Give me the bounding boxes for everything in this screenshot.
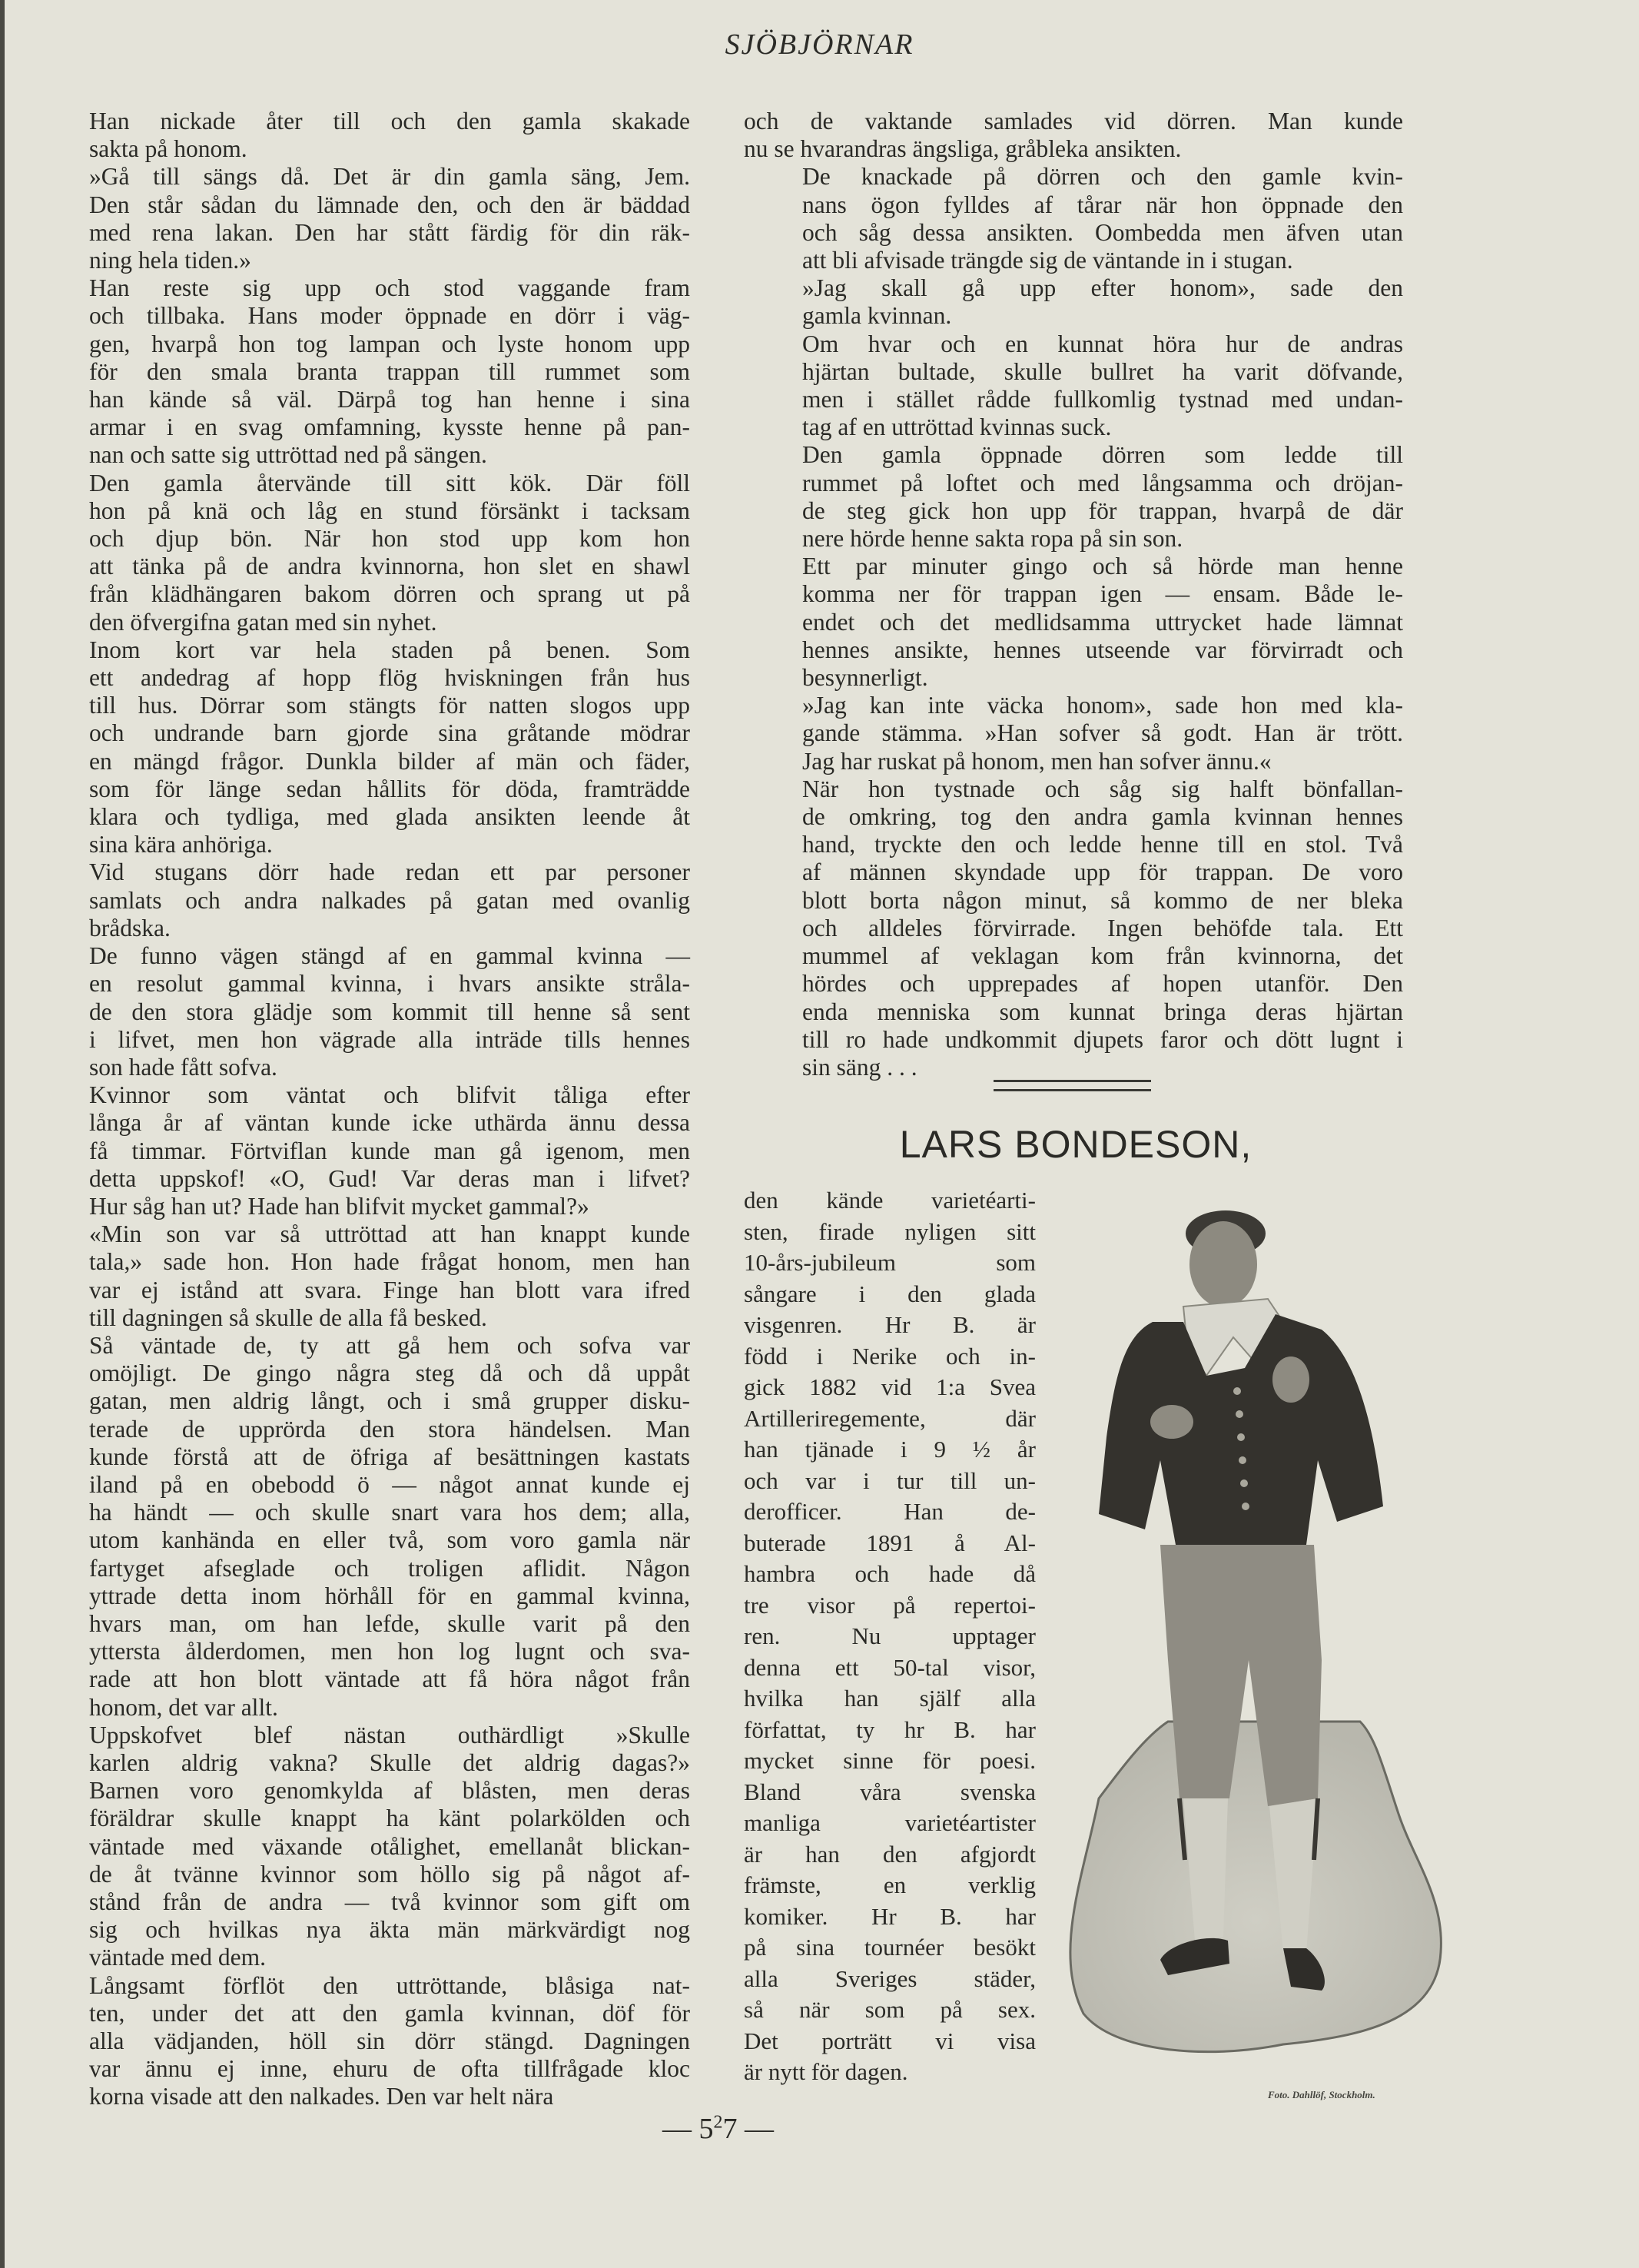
paragraph: Långsamt förflöt den uttröttande, blåsig… [31,1972,690,2111]
text-line: korna visade att den nalkades. Den var h… [31,2083,690,2110]
bio-line: sten, firade nyligen sitt [744,1217,1036,1248]
text-line: och såg dessa ansikten. Oombedda men äfv… [744,219,1403,247]
text-line: yttersta ålderdomen, men hon log lugnt o… [31,1638,690,1665]
text-line: Vid stugans dörr hade redan ett par pers… [31,858,690,886]
bio-line: och var i tur till un- [744,1466,1036,1497]
text-line: Hur såg han ut? Hade han blifvit mycket … [31,1193,690,1220]
text-line: och de vaktande samlades vid dörren. Man… [744,108,1403,135]
text-line: de omkring, tog den andra gamla kvinnan … [744,803,1403,831]
text-line: tala,» sade hon. Hon hade frågat honom, … [31,1248,690,1276]
text-line: sakta på honom. [31,135,690,163]
text-line: väntade med dem. [31,1944,690,1971]
bio-line: författat, ty hr B. har [744,1715,1036,1746]
text-line: Kvinnor som väntat och blifvit tåliga ef… [31,1081,690,1109]
text-line: honom, det var allt. [31,1694,690,1722]
bio-line: mycket sinne för poesi. [744,1745,1036,1777]
bio-line: visgenren. Hr B. är [744,1310,1036,1341]
bio-line: denna ett 50-tal visor, [744,1652,1036,1684]
portrait-figure-icon [1053,1184,1468,2075]
text-line: gande stämma. »Han sofver så godt. Han ä… [744,719,1403,747]
text-line: de åt tvänne kvinnor som höllo sig på nå… [31,1861,690,1888]
text-line: hand, tryckte den och ledde henne till e… [744,831,1403,858]
text-line: föräldrar skulle knappt ha känt polarköl… [31,1805,690,1832]
paragraph: De knackade på dörren och den gamle kvin… [744,163,1403,274]
bio-line: Det porträtt vi visa [744,2026,1036,2057]
text-line: och tillbaka. Hans moder öppnade en dörr… [31,302,690,330]
text-line: och undrande barn gjorde sina gråtande m… [31,719,690,747]
bio-line: tre visor på repertoi- [744,1590,1036,1622]
paragraph: Uppskofvet blef nästan outhärdligt »Skul… [31,1722,690,1972]
bio-line: på sina tournéer besökt [744,1932,1036,1964]
paragraph: Så väntade de, ty att gå hem och sofva v… [31,1332,690,1722]
text-line: och alldeles förvirrade. Ingen behöfde t… [744,915,1403,942]
running-head: SJÖBJÖRNAR [0,28,1639,61]
bio-line: född i Nerike och in- [744,1341,1036,1373]
bio-line: Bland våra svenska [744,1777,1036,1808]
text-line: Den gamla öppnade dörren som ledde till [744,441,1403,469]
bio-line: buterade 1891 å Al- [744,1528,1036,1559]
text-line: hvars man, om han lefde, skulle varit på… [31,1610,690,1638]
bio-line: ren. Nu upptager [744,1621,1036,1652]
bio-line: alla Sveriges städer, [744,1964,1036,1995]
photo-credit: Foto. Dahllöf, Stockholm. [1268,2089,1375,2101]
text-line: detta uppskof! «O, Gud! Var deras man i … [31,1165,690,1193]
section-divider-rule [994,1080,1151,1091]
text-line: «Min son var så uttröttad att han knappt… [31,1220,690,1248]
text-line: till ro hade undkommit djupets faror och… [744,1026,1403,1054]
text-line: Ett par minuter gingo och så hörde man h… [744,553,1403,580]
text-line: nu se hvarandras ängsliga, gråbleka ansi… [744,135,1403,163]
text-line: son hade fått sofva. [31,1054,690,1081]
text-line: Så väntade de, ty att gå hem och sofva v… [31,1332,690,1360]
page-edge [0,0,5,2268]
text-line: sina kära anhöriga. [31,831,690,858]
text-line: Den står sådan du lämnade den, och den ä… [31,191,690,219]
bio-line: manliga varietéartister [744,1808,1036,1839]
paragraph: Inom kort var hela staden på benen. Some… [31,636,690,859]
text-line: När hon tystnade och såg sig halft bönfa… [744,775,1403,803]
paragraph: »Jag skall gå upp efter honom», sade den… [744,274,1403,330]
portrait-photo [1053,1184,1468,2075]
text-line: »Jag kan inte väcka honom», sade hon med… [744,692,1403,719]
text-line: Uppskofvet blef nästan outhärdligt »Skul… [31,1722,690,1749]
text-line: med rena lakan. Den har stått färdig för… [31,219,690,247]
text-line: Den gamla återvände till sitt kök. Där f… [31,470,690,497]
text-line: hon på knä och låg en stund försänkt i t… [31,497,690,525]
right-column: och de vaktande samlades vid dörren. Man… [744,108,1403,1081]
text-line: rade att hon blott väntade att få höra n… [31,1665,690,1693]
text-line: Långsamt förflöt den uttröttande, blåsig… [31,1972,690,2000]
text-line: till hus. Dörrar som stängts för natten … [31,692,690,719]
text-line: tag af en uttröttad kvinnas suck. [744,413,1403,441]
text-line: till dagningen så skulle de alla få besk… [31,1304,690,1332]
text-line: Om hvar och en kunnat höra hur de andras [744,330,1403,358]
text-line: mummel af veklagan kom från kvinnorna, d… [744,942,1403,970]
bio-line: derofficer. Han de- [744,1496,1036,1528]
text-line: att tänka på de andra kvinnorna, hon sle… [31,553,690,580]
text-line: Barnen voro genomkylda af blåsten, men d… [31,1777,690,1805]
text-line: Han reste sig upp och stod vaggande fram [31,274,690,302]
text-line: och djup bön. När hon stod upp kom hon [31,525,690,553]
text-line: för den smala branta trappan till rummet… [31,358,690,386]
text-line: ett andedrag af hopp flög hviskningen fr… [31,664,690,692]
text-line: endet och det medlidsamma uttrycket hade… [744,609,1403,636]
paragraph: »Gå till sängs då. Det är din gamla säng… [31,163,690,274]
text-line: få timmar. Förtviflan kunde man gå igeno… [31,1137,690,1165]
bio-line: sångare i den glada [744,1279,1036,1310]
text-line: han kände så väl. Därpå tog han henne i … [31,386,690,413]
bio-line: så när som på sex. [744,1994,1036,2026]
text-line: gamla kvinnan. [744,302,1403,330]
text-line: karlen aldrig vakna? Skulle det aldrig d… [31,1749,690,1777]
text-line: kunde förstå att de öfriga af besättning… [31,1443,690,1471]
bio-line: den kände varietéarti- [744,1185,1036,1217]
text-line: af männen skyndade upp för trappan. De v… [744,858,1403,886]
text-line: terade de upprörda den stora händelsen. … [31,1416,690,1443]
text-line: armar i en svag omfamning, kysste henne … [31,413,690,441]
text-line: de den stora glädje som kommit till henn… [31,998,690,1026]
paragraph: och de vaktande samlades vid dörren. Man… [744,108,1403,163]
text-line: var ännu ej inne, ehuru de ofta tillfråg… [31,2055,690,2083]
text-line: »Gå till sängs då. Det är din gamla säng… [31,163,690,191]
text-line: rummet på loftet och med långsamma och d… [744,470,1403,497]
text-line: nan och satte sig uttröttad ned på sänge… [31,441,690,469]
paragraph: »Jag kan inte väcka honom», sade hon med… [744,692,1403,775]
text-line: ha händt — och skulle snart vara hos dem… [31,1499,690,1526]
article-bio: den kände varietéarti-sten, firade nylig… [744,1185,1036,2088]
text-line: Han nickade åter till och den gamla skak… [31,108,690,135]
text-line: en mängd frågor. Dunkla bilder af män oc… [31,748,690,775]
text-line: i lifvet, men hon vägrade alla inträde t… [31,1026,690,1054]
text-line: nans ögon fylldes af tårar när hon öppna… [744,191,1403,219]
paragraph: Kvinnor som väntat och blifvit tåliga ef… [31,1081,690,1220]
text-line: utom kanhända en eller två, som voro gam… [31,1526,690,1554]
text-line: gen, hvarpå hon tog lampan och lyste hon… [31,330,690,358]
text-line: gatan, men aldrig långt, och i små grupp… [31,1387,690,1415]
text-line: stånd från de andra — två kvinnor som gi… [31,1888,690,1916]
article-title: LARS BONDESON, [807,1122,1345,1167]
text-line: yttrade detta inom hörhåll för en gammal… [31,1582,690,1610]
text-line: komma ner för trappan igen — ensam. Både… [744,580,1403,608]
text-line: brådska. [31,915,690,942]
text-line: De knackade på dörren och den gamle kvin… [744,163,1403,191]
text-line: Jag har ruskat på honom, men han sofver … [744,748,1403,775]
bio-line: hvilka han själf alla [744,1683,1036,1715]
text-line: De funno vägen stängd af en gammal kvinn… [31,942,690,970]
bio-line: gick 1882 vid 1:a Svea [744,1372,1036,1403]
text-line: långa år af väntan kunde icke uthärda än… [31,1109,690,1137]
text-line: hjärtan bultade, skulle bullret ha varit… [744,358,1403,386]
text-line: hennes ansikte, hennes utseende var förv… [744,636,1403,664]
text-line: ten, under det att den gamla kvinnan, dö… [31,2000,690,2027]
paragraph: Om hvar och en kunnat höra hur de andras… [744,330,1403,442]
paragraph: Den gamla öppnade dörren som ledde tillr… [744,441,1403,553]
bio-line: främste, en verklig [744,1870,1036,1901]
bio-line: Artilleriregemente, där [744,1403,1036,1435]
text-line: iland på en obebodd ö — något annat kund… [31,1471,690,1499]
text-line: klara och tydliga, med glada ansikten le… [31,803,690,831]
text-line: sin säng . . . [744,1054,1403,1081]
text-line: blott borta någon minut, så kommo de ner… [744,887,1403,915]
paragraph: «Min son var så uttröttad att han knappt… [31,1220,690,1332]
bio-line: han tjänade i 9 ½ år [744,1434,1036,1466]
text-line: sig och hvilkas nya äkta män märkvärdigt… [31,1916,690,1944]
text-line: från klädhängaren bakom dörren och spran… [31,580,690,608]
text-line: alla vädjanden, höll sin dörr stängd. Da… [31,2027,690,2055]
text-line: »Jag skall gå upp efter honom», sade den [744,274,1403,302]
page-number: — 527 — [662,2112,774,2146]
text-line: var ej istånd att svara. Finge han blott… [31,1277,690,1304]
paragraph: Han reste sig upp och stod vaggande fram… [31,274,690,469]
text-line: fartyget afseglade och troligen aflidit.… [31,1555,690,1582]
text-line: ning hela tiden.» [31,247,690,274]
text-line: hördes och upprepades af hopen utanför. … [744,970,1403,998]
bio-line: komiker. Hr B. har [744,1901,1036,1933]
text-line: nere hörde henne sakta ropa på sin son. [744,525,1403,553]
text-line: att bli afvisade trängde sig de väntande… [744,247,1403,274]
text-line: väntade med växande otålighet, emellanåt… [31,1833,690,1861]
paragraph: Ett par minuter gingo och så hörde man h… [744,553,1403,692]
text-line: omöjligt. De gingo några steg då och då … [31,1360,690,1387]
paragraph: Vid stugans dörr hade redan ett par pers… [31,858,690,942]
bio-line: hambra och hade då [744,1559,1036,1590]
text-line: de steg gick hon upp för trappan, hvarpå… [744,497,1403,525]
text-line: samlats och andra nalkades på gatan med … [31,887,690,915]
paragraph: Han nickade åter till och den gamla skak… [31,108,690,163]
bio-line: är han den afgjordt [744,1839,1036,1871]
text-line: som för länge sedan hållits för döda, fr… [31,775,690,803]
paragraph: Den gamla återvände till sitt kök. Där f… [31,470,690,636]
text-line: enda menniska som kunnat bringa deras hj… [744,998,1403,1026]
paragraph: När hon tystnade och såg sig halft bönfa… [744,775,1403,1081]
bio-line: 10-års-jubileum som [744,1247,1036,1279]
text-line: en resolut gammal kvinna, i hvars ansikt… [31,970,690,998]
paragraph: De funno vägen stängd af en gammal kvinn… [31,942,690,1081]
bio-line: är nytt för dagen. [744,2057,1036,2088]
left-column: Han nickade åter till och den gamla skak… [31,108,690,2111]
text-line: den öfvergifna gatan med sin nyhet. [31,609,690,636]
text-line: men i stället rådde fullkomlig tystnad m… [744,386,1403,413]
text-line: besynnerligt. [744,664,1403,692]
text-line: Inom kort var hela staden på benen. Som [31,636,690,664]
